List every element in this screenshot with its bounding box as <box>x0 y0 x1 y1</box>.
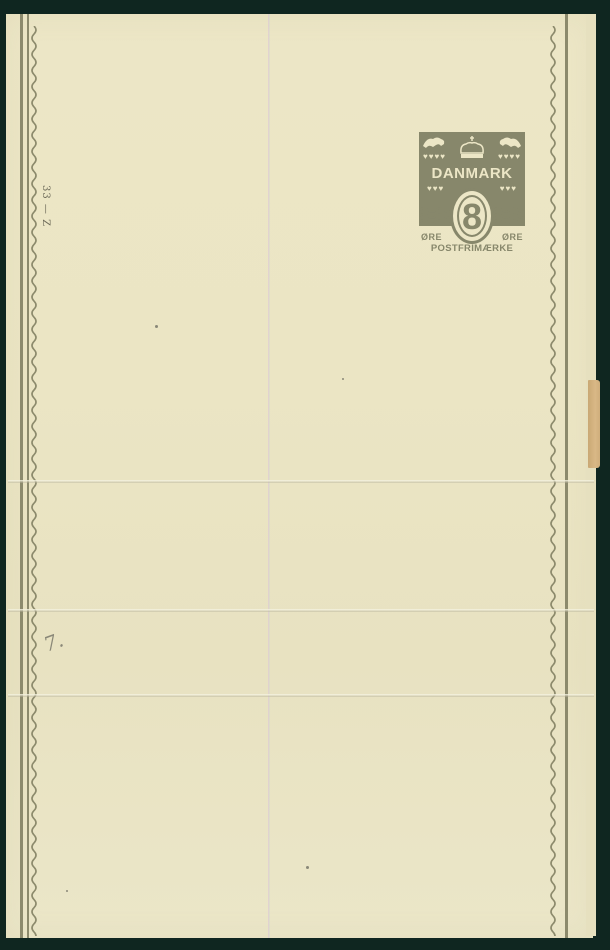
paper-speck <box>342 378 344 380</box>
crown-icon <box>457 135 487 161</box>
stamp-label: POSTFRIMÆRKE <box>419 243 525 254</box>
waves-icon <box>494 206 524 224</box>
lion-icon <box>421 134 447 150</box>
center-fold-line <box>268 14 270 938</box>
paper-speck <box>155 325 158 328</box>
left-border-line-inner <box>27 14 29 938</box>
paper-speck <box>306 866 309 869</box>
right-flap <box>586 14 596 936</box>
print-code: 33 — Z <box>40 185 51 227</box>
value-oval: 8 <box>450 188 494 244</box>
right-border-line <box>565 14 568 938</box>
stamp-value: 8 <box>453 195 491 239</box>
tape-remnant <box>588 380 600 468</box>
currency-label-right: ØRE <box>502 232 523 242</box>
stamp-country: DANMARK <box>419 165 525 182</box>
waves-icon <box>420 206 450 224</box>
hearts-decoration: ♥♥♥ <box>500 184 517 193</box>
hearts-decoration: ♥♥♥♥ <box>423 152 446 161</box>
imprinted-stamp: ♥♥♥♥ ♥♥♥♥ ♥♥♥ ♥♥♥ DANMARK 8 ØRE ØRE POST… <box>419 132 525 258</box>
lion-icon <box>497 134 523 150</box>
fold-crease <box>8 609 594 612</box>
currency-label-left: ØRE <box>421 232 442 242</box>
fold-crease <box>8 694 594 697</box>
hearts-decoration: ♥♥♥ <box>427 184 444 193</box>
paper-speck <box>66 890 68 892</box>
left-border-line <box>20 14 23 938</box>
hearts-decoration: ♥♥♥♥ <box>498 152 521 161</box>
fold-crease <box>8 480 594 483</box>
